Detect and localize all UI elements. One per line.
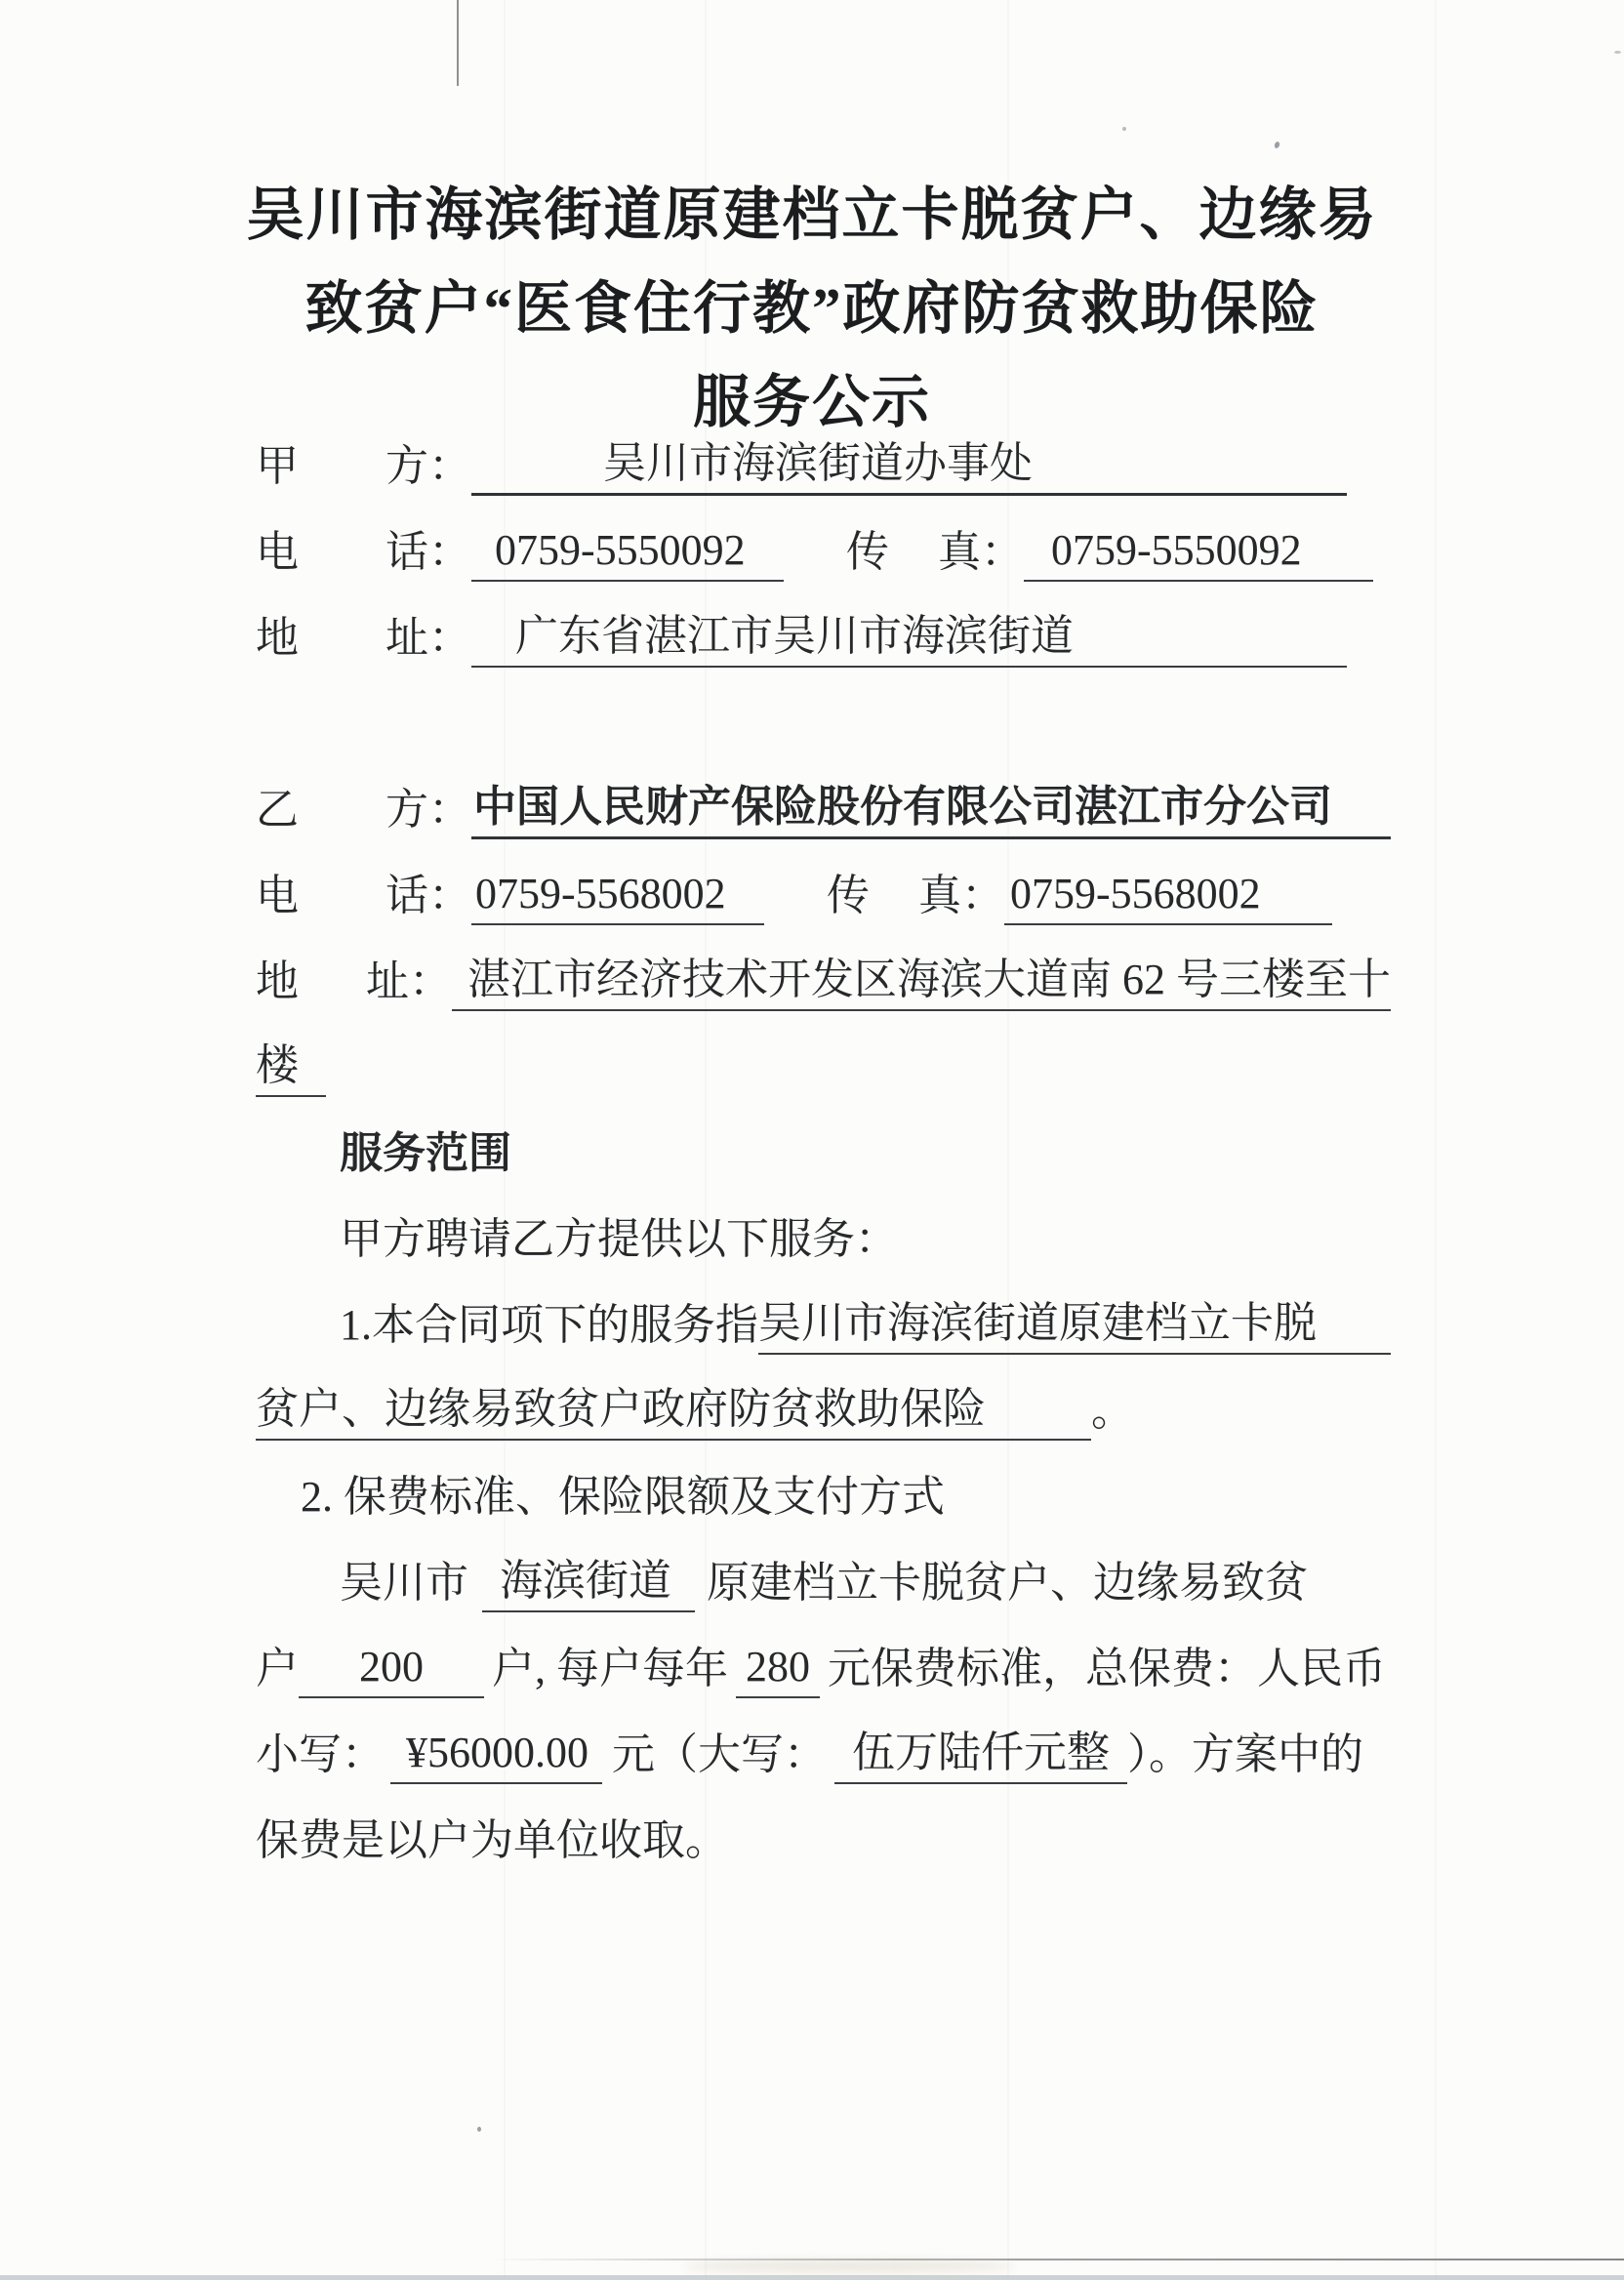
party-a-fax-label-suffix: 真：	[938, 523, 1024, 582]
scope-heading-row: 服务范围	[256, 1097, 1391, 1183]
item1-prefix: 1.本合同项下的服务指	[340, 1296, 758, 1355]
item2-heading: 2. 保费标准、保险限额及支付方式	[301, 1468, 945, 1527]
party-b-fax-field: 0759-5568002	[1004, 865, 1332, 925]
premium-line2-row: 户 200 户, 每户每年 280 元保费标准，总保费：人民币	[256, 1612, 1391, 1698]
party-b-fax-label: 传	[827, 867, 870, 925]
closing-text: 保费是以户为单位收取。	[256, 1812, 728, 1870]
party-b-name-field: 中国人民财产保险股份有限公司湛江市分公司	[471, 778, 1391, 839]
party-b-address-label: 地	[256, 953, 366, 1011]
premium-line3-row: 小写： ¥56000.00 元（大写： 伍万陆仟元整 ）。方案中的	[256, 1698, 1391, 1784]
amount-suffix: ）。方案中的	[1127, 1726, 1363, 1784]
party-b-address-field: 湛江市经济技术开发区海滨大道南 62 号三楼至十	[452, 951, 1391, 1011]
scan-speck-artifact	[477, 2127, 481, 2132]
party-b-address-row: 地 址： 湛江市经济技术开发区海滨大道南 62 号三楼至十	[256, 925, 1391, 1011]
party-a-address-label-suffix: 址：	[386, 609, 471, 668]
premium-per-year-field: 280	[736, 1638, 820, 1698]
party-b-name-row: 乙 方： 中国人民财产保险股份有限公司湛江市分公司	[256, 753, 1391, 839]
party-b-phone-field: 0759-5568002	[471, 865, 764, 925]
amount-mid: 元（大写：	[612, 1726, 827, 1784]
scan-speck-artifact	[1122, 127, 1126, 131]
party-a-address-row: 地 址： 广东省湛江市吴川市海滨街道	[256, 582, 1391, 668]
item1-period: 。	[1091, 1382, 1134, 1441]
item2-heading-row: 2. 保费标准、保险限额及支付方式	[256, 1441, 1391, 1527]
item1-line2-row: 贫户、边缘易致贫户政府防贫救助保险 。	[256, 1355, 1391, 1441]
premium-street-field: 海滨街道	[482, 1552, 695, 1612]
item1-blank-underline	[986, 1380, 1091, 1441]
scope-heading: 服务范围	[340, 1124, 511, 1183]
premium-prefix: 吴川市	[340, 1554, 468, 1612]
party-a-name-field: 吴川市海滨街道办事处	[471, 434, 1347, 496]
premium-suffix: 原建档立卡脱贫户、边缘易致贫	[707, 1554, 1308, 1612]
party-b-role-label: 乙	[256, 781, 386, 839]
document-title: 吴川市海滨街道原建档立卡脱贫户、边缘易 致贫户“医食住行教”政府防贫救助保险 服…	[0, 168, 1624, 449]
scan-line-artifact	[488, 2259, 1624, 2260]
party-b-address-label-suffix: 址：	[366, 953, 452, 1011]
party-a-role-label: 甲	[256, 437, 386, 496]
household-mid: 户, 每户每年	[492, 1640, 728, 1698]
party-a-phone-row: 电 话： 0759-5550092 传 真： 0759-5550092	[256, 496, 1391, 582]
title-line-2: 致贫户“医食住行教”政府防贫救助保险	[0, 262, 1624, 355]
scope-intro-row: 甲方聘请乙方提供以下服务：	[256, 1183, 1391, 1269]
title-line-1: 吴川市海滨街道原建档立卡脱贫户、边缘易	[0, 168, 1624, 262]
party-a-address-label: 地	[256, 609, 386, 668]
item1-underlined-part1: 吴川市海滨街道原建档立卡脱	[758, 1294, 1391, 1355]
party-b-phone-label-suffix: 话：	[386, 867, 471, 925]
scanned-document-page: 吴川市海滨街道原建档立卡脱贫户、边缘易 致贫户“医食住行教”政府防贫救助保险 服…	[0, 0, 1624, 2280]
household-prefix: 户	[256, 1640, 299, 1698]
party-a-fax-field: 0759-5550092	[1024, 521, 1373, 582]
household-count-field: 200	[299, 1638, 484, 1698]
amount-digits-field: ¥56000.00	[390, 1724, 602, 1784]
party-a-phone-field: 0759-5550092	[471, 521, 784, 582]
scan-line-artifact	[457, 0, 459, 86]
party-b-address-cont: 楼	[256, 1037, 326, 1097]
party-a-role-label-suffix: 方：	[386, 437, 471, 496]
closing-row: 保费是以户为单位收取。	[256, 1784, 1391, 1870]
household-suffix: 元保费标准，总保费：人民币	[828, 1640, 1386, 1698]
party-a-name-row: 甲 方： 吴川市海滨街道办事处	[256, 410, 1391, 496]
party-b-fax-label-suffix: 真：	[918, 867, 1004, 925]
party-a-phone-label-suffix: 话：	[386, 523, 471, 582]
page-bottom-edge	[0, 2275, 1624, 2280]
party-b-phone-row: 电 话： 0759-5568002 传 真： 0759-5568002	[256, 839, 1391, 925]
spacer-row	[256, 668, 1391, 753]
item1-line1-row: 1.本合同项下的服务指 吴川市海滨街道原建档立卡脱	[256, 1269, 1391, 1355]
item1-underlined-part2: 贫户、边缘易致贫户政府防贫救助保险	[256, 1380, 986, 1441]
amount-label: 小写：	[256, 1726, 385, 1784]
document-body: 甲 方： 吴川市海滨街道办事处 电 话： 0759-5550092 传 真： 0…	[256, 410, 1391, 1870]
premium-line1-row: 吴川市 海滨街道 原建档立卡脱贫户、边缘易致贫	[256, 1527, 1391, 1612]
scan-smudge-artifact	[683, 2260, 1015, 2272]
scan-speck-artifact	[1274, 141, 1280, 148]
party-a-fax-label: 传	[846, 523, 889, 582]
scope-intro: 甲方聘请乙方提供以下服务：	[340, 1210, 898, 1269]
party-b-role-label-suffix: 方：	[386, 781, 471, 839]
party-b-phone-label: 电	[256, 867, 386, 925]
amount-words-field: 伍万陆仟元整	[834, 1724, 1127, 1784]
party-b-address-cont-row: 楼	[256, 1011, 1391, 1097]
party-a-phone-label: 电	[256, 523, 386, 582]
scan-speck-artifact	[1614, 51, 1621, 54]
party-a-address-field: 广东省湛江市吴川市海滨街道	[471, 607, 1347, 668]
